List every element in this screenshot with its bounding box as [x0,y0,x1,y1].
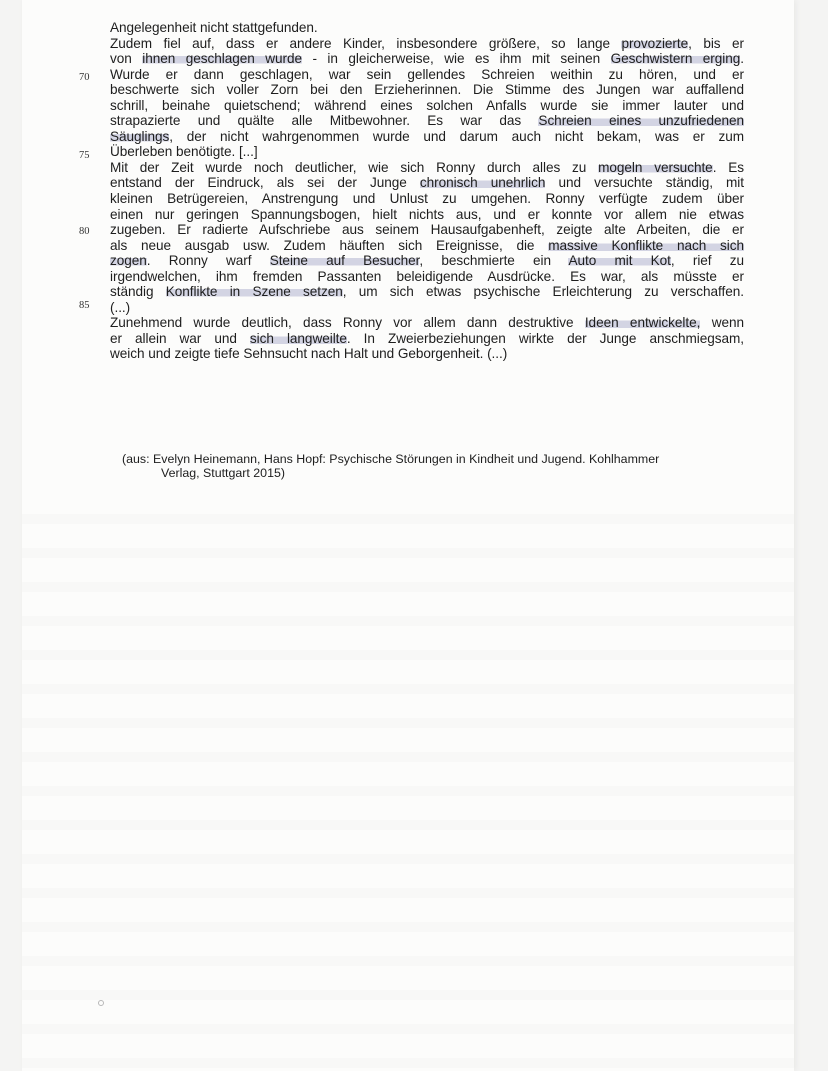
line-number: 80 [79,226,90,237]
text-segment: , der nicht wahrgenommen wurde und darum… [169,129,744,144]
text-segment: Zudem fiel auf, dass er andere Kinder, i… [110,36,621,51]
text-line: zugeben. Er radierte Aufschriebe aus sei… [110,222,744,238]
text-segment: von [110,51,142,66]
highlighted-phrase: Säuglings [110,129,169,144]
text-line: strapazierte und quälte alle Mitbewohner… [110,113,744,129]
text-segment: weich und zeigte tiefe Sehnsucht nach Ha… [110,346,507,361]
text-line: von ihnen geschlagen wurde - in gleicher… [110,51,744,67]
text-segment: als neue ausgab usw. Zudem häuften sich … [110,238,548,253]
text-segment: . In Zweierbeziehungen wirkte der Junge … [347,331,744,346]
text-line: beschwerte sich voller Zorn bei den Erzi… [110,82,744,98]
text-segment: entstand der Eindruck, als sei der Junge [110,175,420,190]
highlighted-phrase: Geschwistern erging [611,51,741,66]
text-segment: wenn [700,315,744,330]
text-segment: beschwerte sich voller Zorn bei den Erzi… [110,82,744,97]
text-segment: er allein war und [110,331,250,346]
text-line: Säuglings, der nicht wahrgenommen wurde … [110,129,744,145]
text-line: irgendwelchen, ihm fremden Passanten bel… [110,269,744,285]
line-number: 70 [79,72,90,83]
highlighted-phrase: Auto mit Kot [568,253,670,268]
punch-hole-mark [98,1000,104,1006]
text-segment: Überleben benötigte. [...] [110,144,258,159]
text-line: Zudem fiel auf, dass er andere Kinder, i… [110,36,744,52]
text-line: einen nur geringen Spannungsbogen, hielt… [110,207,744,223]
citation-line-2: Verlag, Stuttgart 2015) [122,466,744,480]
text-segment: kleinen Betrügereien, Anstrengung und Un… [110,191,744,206]
text-line: entstand der Eindruck, als sei der Junge… [110,175,744,191]
text-segment: Zunehmend wurde deutlich, dass Ronny vor… [110,315,585,330]
highlighted-phrase: Schreien eines unzufriedenen [538,113,744,128]
highlighted-phrase: sich langweilte [250,331,347,346]
highlighted-phrase: Konflikte in Szene setzen [166,284,343,299]
text-segment: und versuchte ständig, mit [545,175,744,190]
text-line: (...) [110,300,744,316]
body-text: Angelegenheit nicht stattgefunden.Zudem … [110,20,744,362]
text-segment: , um sich etwas psychische Erleichterung… [343,284,744,299]
line-number: 85 [79,300,90,311]
text-line: Wurde er dann geschlagen, war sein gelle… [110,67,744,83]
text-line: als neue ausgab usw. Zudem häuften sich … [110,238,744,254]
line-number: 75 [79,150,90,161]
text-segment: . [740,51,744,66]
highlighted-phrase: chronisch unehrlich [420,175,546,190]
text-segment: Wurde er dann geschlagen, war sein gelle… [110,67,744,82]
highlighted-phrase: zogen [110,253,147,268]
text-segment: irgendwelchen, ihm fremden Passanten bel… [110,269,744,284]
text-segment: Angelegenheit nicht stattgefunden. [110,20,318,35]
text-line: weich und zeigte tiefe Sehnsucht nach Ha… [110,346,744,362]
text-line: Angelegenheit nicht stattgefunden. [110,20,744,36]
highlighted-phrase: Steine auf Besucher [270,253,420,268]
source-citation: (aus: Evelyn Heinemann, Hans Hopf: Psych… [122,452,744,480]
text-line: er allein war und sich langweilte. In Zw… [110,331,744,347]
text-segment: zugeben. Er radierte Aufschriebe aus sei… [110,222,744,237]
text-line: kleinen Betrügereien, Anstrengung und Un… [110,191,744,207]
text-segment: einen nur geringen Spannungsbogen, hielt… [110,207,744,222]
highlighted-phrase: mogeln versuchte [598,160,713,175]
text-segment: , rief zu [671,253,744,268]
text-line: Überleben benötigte. [...] [110,144,744,160]
citation-line-1: (aus: Evelyn Heinemann, Hans Hopf: Psych… [122,452,659,466]
highlighted-phrase: provozierte [621,36,688,51]
text-segment: - in gleicherweise, wie es ihm mit seine… [302,51,611,66]
text-line: zogen. Ronny warf Steine auf Besucher, b… [110,253,744,269]
text-line: Zunehmend wurde deutlich, dass Ronny vor… [110,315,744,331]
reverse-side-show-through [22,490,794,1071]
text-segment: . Es [713,160,744,175]
text-segment: Mit der Zeit wurde noch deutlicher, wie … [110,160,598,175]
text-segment: schrill, beinahe quietschend; während ei… [110,98,744,113]
text-segment: ständig [110,284,166,299]
highlighted-phrase: ihnen geschlagen wurde [142,51,302,66]
text-segment: , beschmierte ein [419,253,568,268]
text-line: ständig Konflikte in Szene setzen, um si… [110,284,744,300]
highlighted-phrase: Ideen entwickelte, [585,315,701,330]
text-line: schrill, beinahe quietschend; während ei… [110,98,744,114]
highlighted-phrase: massive Konflikte nach sich [548,238,744,253]
text-segment: strapazierte und quälte alle Mitbewohner… [110,113,538,128]
text-segment: , bis er [688,36,744,51]
text-segment: . Ronny warf [147,253,270,268]
text-line: Mit der Zeit wurde noch deutlicher, wie … [110,160,744,176]
text-segment: (...) [110,300,130,315]
